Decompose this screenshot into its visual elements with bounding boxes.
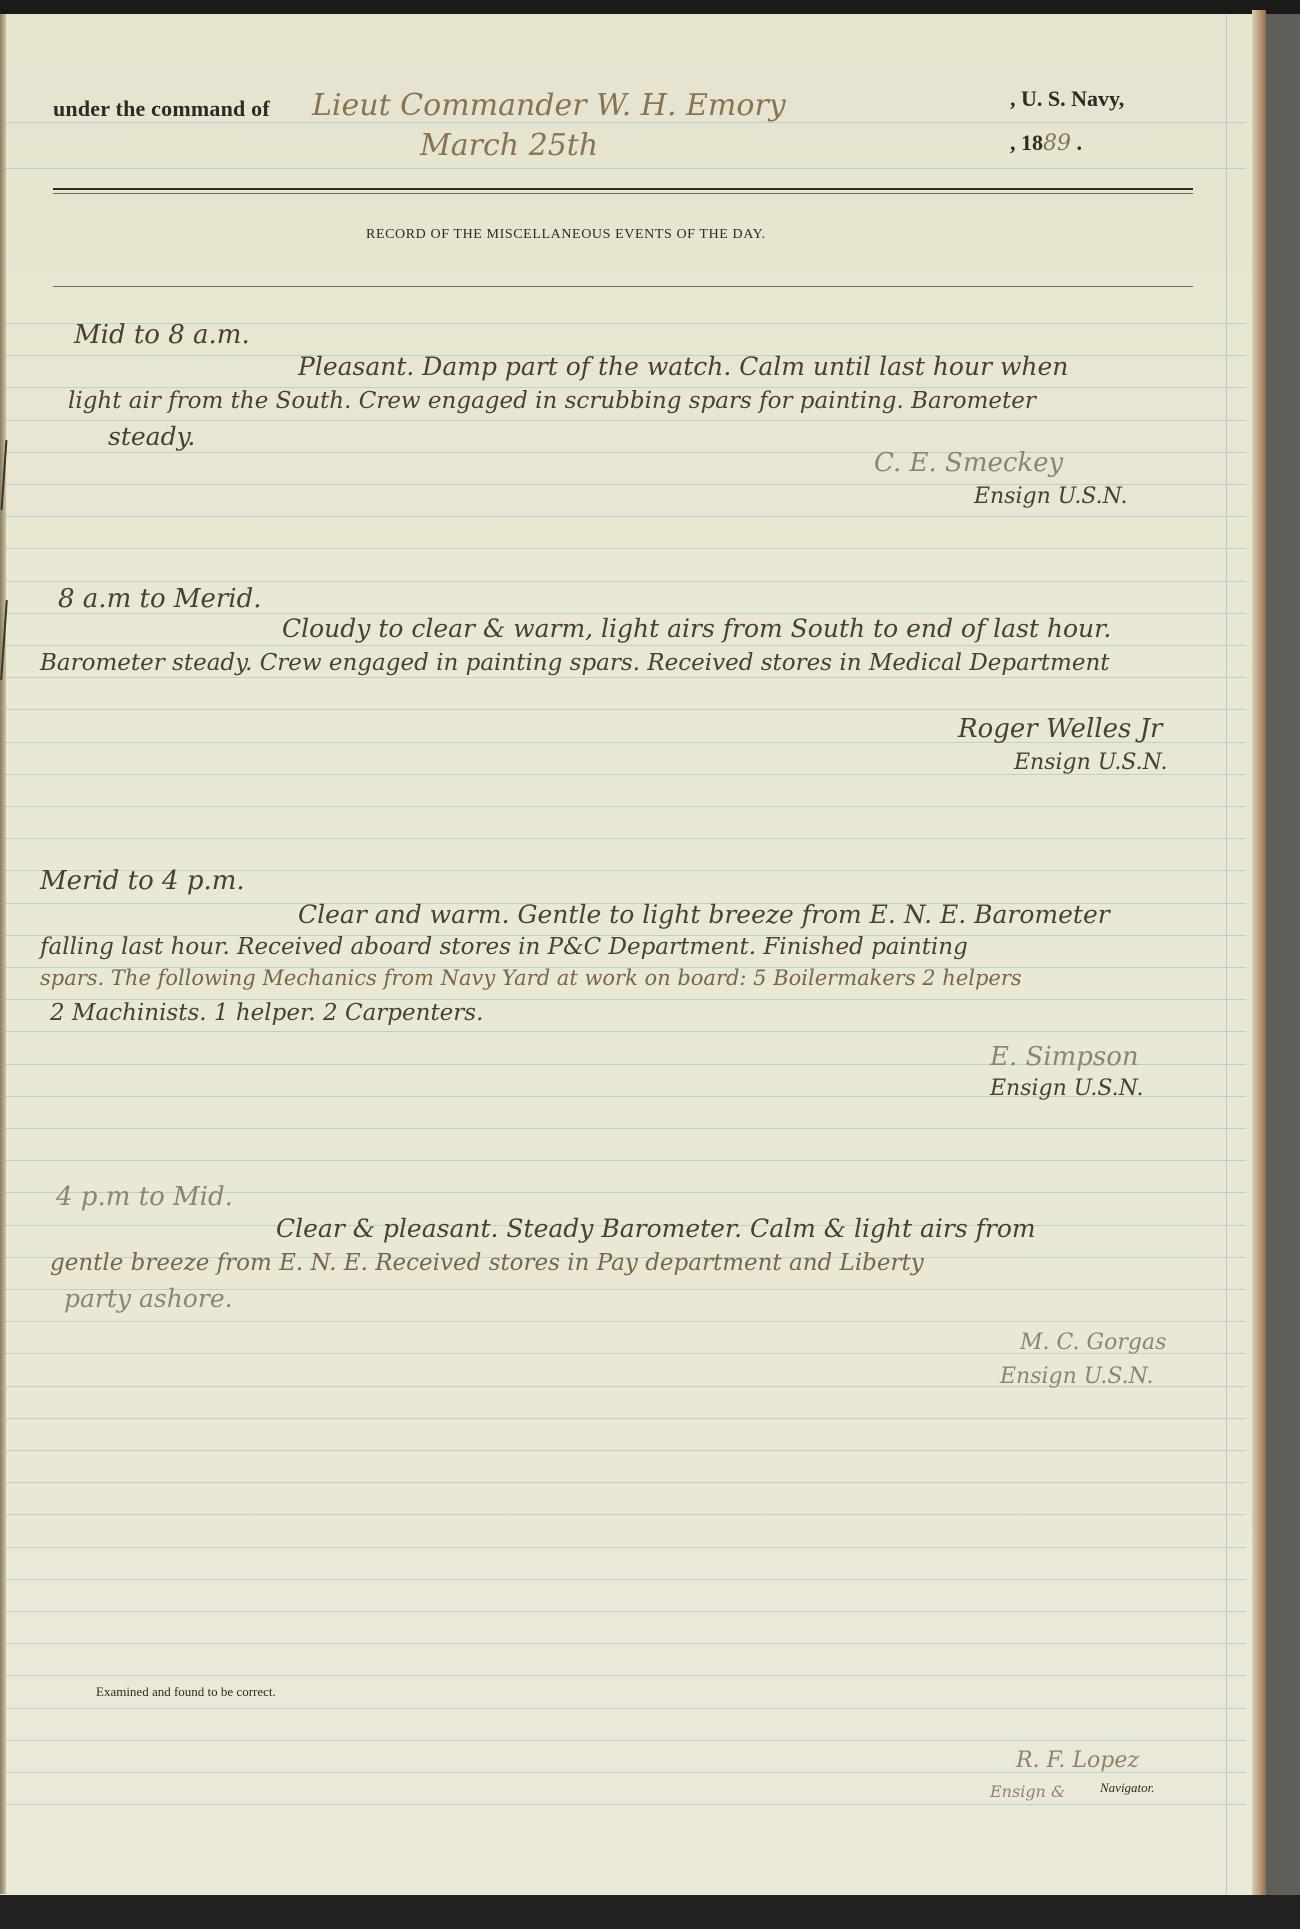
entry-line: Cloudy to clear & warm, light airs from … [282, 614, 1111, 643]
ruling-line [6, 1450, 1246, 1451]
command-line: under the command of [53, 96, 270, 122]
officer-rank: Ensign U.S.N. [974, 484, 1127, 509]
ruling-line [6, 1611, 1246, 1612]
ruling-line [6, 1579, 1246, 1580]
right-margin-line [1226, 14, 1227, 1894]
log-year: , 1889 . [1010, 130, 1082, 156]
ruling-line [6, 1031, 1246, 1032]
officer-signature: C. E. Smeckey [874, 448, 1063, 478]
header-double-rule-thin [53, 193, 1193, 194]
ruling-line [6, 1547, 1246, 1548]
section-title: RECORD OF THE MISCELLANEOUS EVENTS OF TH… [366, 227, 766, 243]
page-binding-edge [0, 14, 6, 1894]
ruling-line [6, 806, 1246, 807]
entry-line: Barometer steady. Crew engaged in painti… [40, 650, 1110, 676]
scan-bottom-border [0, 1895, 1300, 1929]
ruling-line [6, 645, 1246, 646]
page-stack-edge [1252, 10, 1266, 1900]
navigator-signature: R. F. Lopez [1016, 1748, 1139, 1773]
ruling-line [6, 420, 1246, 421]
officer-signature: Roger Welles Jr [958, 714, 1162, 744]
command-prefix: under the command of [53, 96, 270, 121]
ruling-line [6, 1740, 1246, 1741]
watch-label: Merid to 4 p.m. [40, 866, 245, 896]
ruling-line [6, 1514, 1246, 1515]
ruling-line [6, 838, 1246, 839]
log-date: March 25th [420, 128, 598, 163]
entry-line: gentle breeze from E. N. E. Received sto… [50, 1250, 924, 1276]
entry-line: Clear and warm. Gentle to light breeze f… [298, 900, 1110, 929]
officer-rank: Ensign U.S.N. [1000, 1364, 1153, 1389]
us-navy-label: , U. S. Navy, [1010, 86, 1124, 112]
entry-line: spars. The following Mechanics from Navy… [40, 966, 1022, 990]
officer-signature: M. C. Gorgas [1020, 1330, 1166, 1355]
ruling-line [6, 1418, 1246, 1419]
entry-line: 2 Machinists. 1 helper. 2 Carpenters. [50, 1000, 483, 1026]
entry-line: falling last hour. Received aboard store… [40, 934, 968, 960]
header-double-rule [53, 188, 1193, 190]
navigator-rank-handwritten: Ensign & [990, 1782, 1065, 1801]
ruling-line [6, 1482, 1246, 1483]
ruling-line [6, 1804, 1246, 1805]
officer-rank: Ensign U.S.N. [990, 1076, 1143, 1101]
watch-label: 4 p.m to Mid. [56, 1182, 233, 1212]
ruling-line [6, 1643, 1246, 1644]
ruling-line [6, 548, 1246, 549]
examined-statement: Examined and found to be correct. [96, 1684, 276, 1700]
commander-name: Lieut Commander W. H. Emory [312, 88, 786, 123]
watch-label: Mid to 8 a.m. [74, 320, 250, 350]
entry-line: steady. [108, 422, 195, 451]
entry-line: party ashore. [64, 1284, 233, 1313]
year-printed: , 18 [1010, 130, 1043, 155]
watch-label: 8 a.m to Merid. [58, 584, 262, 614]
ruling-line [6, 581, 1246, 582]
ruling-line [6, 1160, 1246, 1161]
entry-line: Clear & pleasant. Steady Barometer. Calm… [276, 1214, 1036, 1243]
year-handwritten: 89 [1043, 131, 1071, 156]
scan-top-border [0, 0, 1300, 14]
ruling-line [6, 1675, 1246, 1676]
ruling-line [6, 516, 1246, 517]
ruling-line [6, 709, 1246, 710]
ruling-line [6, 1708, 1246, 1709]
ruling-line [6, 1321, 1246, 1322]
ruling-line [6, 677, 1246, 678]
navigator-title: Navigator. [1100, 1780, 1155, 1796]
ruling-line [6, 168, 1246, 169]
year-period: . [1077, 130, 1083, 155]
officer-rank: Ensign U.S.N. [1014, 750, 1167, 775]
ruling-line [6, 1128, 1246, 1129]
officer-signature: E. Simpson [990, 1042, 1139, 1072]
section-rule [53, 286, 1193, 287]
entry-line: Pleasant. Damp part of the watch. Calm u… [298, 352, 1068, 381]
entry-line: light air from the South. Crew engaged i… [68, 388, 1036, 414]
